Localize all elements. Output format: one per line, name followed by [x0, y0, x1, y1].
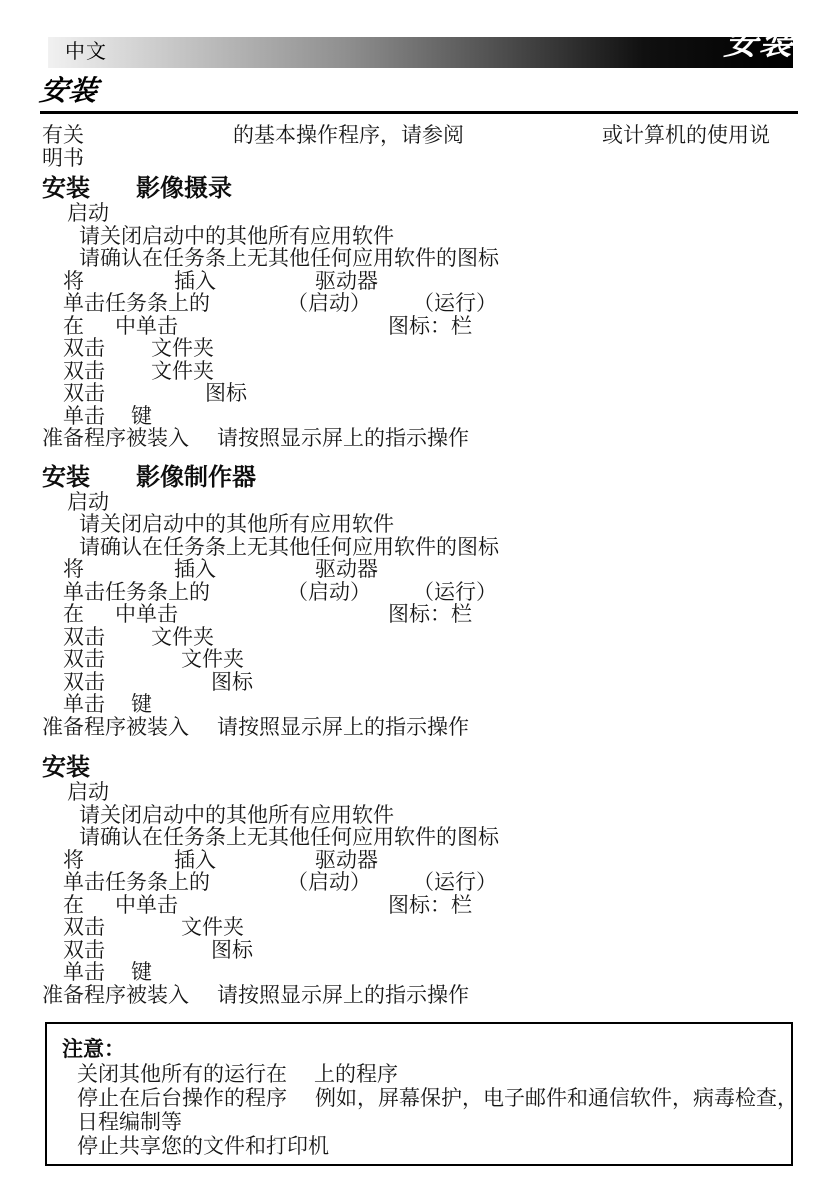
intro-line: 明书	[42, 147, 802, 170]
text-run: 准备程序被装入	[42, 715, 189, 739]
blank-gap	[371, 888, 413, 889]
notice-box: 注意： 关闭其他所有的运行在上的程序停止在后台操作的程序例如，屏幕保护，电子邮件…	[45, 1022, 793, 1166]
blank-gap	[178, 911, 388, 912]
blank-gap	[105, 643, 151, 644]
step-line: 双击图标	[42, 671, 802, 694]
step-line: 单击任务条上的（启动）（运行）	[42, 292, 802, 315]
blank-gap	[84, 332, 115, 333]
text-run: 或计算机的使用说	[602, 123, 770, 147]
install-section: 安装影像摄录启动请关闭启动中的其他所有应用软件请确认在任务条上无其他任何应用软件…	[42, 176, 802, 450]
text-run: 安装	[42, 175, 90, 202]
blank-gap	[216, 287, 315, 288]
corner-section-title: 安装	[723, 26, 798, 59]
install-section: 安装启动请关闭启动中的其他所有应用软件请确认在任务条上无其他任何应用软件的图标将…	[42, 755, 802, 1006]
step-line: 请确认在任务条上无其他任何应用软件的图标	[42, 247, 802, 270]
text-run: 日程编制等	[77, 1110, 182, 1134]
text-run: 双击	[63, 381, 105, 405]
install-sections: 安装影像摄录启动请关闭启动中的其他所有应用软件请确认在任务条上无其他任何应用软件…	[42, 176, 802, 1006]
step-line: 准备程序被装入请按照显示屏上的指示操作	[42, 427, 802, 450]
text-run: 单击	[63, 960, 105, 984]
text-run: （运行）	[413, 870, 497, 894]
install-section: 安装影像制作器启动请关闭启动中的其他所有应用软件请确认在任务条上无其他任何应用软…	[42, 465, 802, 739]
blank-gap	[105, 933, 181, 934]
blank-gap	[287, 1080, 314, 1081]
text-run: 将	[63, 269, 84, 293]
blank-gap	[371, 598, 413, 599]
text-run: 准备程序被装入	[42, 426, 189, 450]
text-run: 的基本操作程序，请参阅	[233, 123, 464, 147]
header-gradient-bar: 中文	[48, 37, 793, 68]
text-run: 图标：栏	[388, 314, 472, 338]
text-run: 在	[63, 602, 84, 626]
text-run: 键	[131, 692, 152, 716]
text-run: 文件夹	[181, 915, 244, 939]
text-run: 关闭其他所有的运行在	[77, 1062, 287, 1086]
text-run: 在	[63, 314, 84, 338]
text-run: 文件夹	[181, 647, 244, 671]
blank-gap	[84, 287, 174, 288]
text-run: 停止共享您的文件和打印机	[77, 1134, 329, 1158]
text-run: 将	[63, 557, 84, 581]
text-run: 插入	[174, 848, 216, 872]
text-run: 请关闭启动中的其他所有应用软件	[79, 224, 394, 248]
text-run: 双击	[63, 647, 105, 671]
text-run: 中单击	[115, 602, 178, 626]
text-run: 驱动器	[315, 557, 378, 581]
blank-gap	[84, 141, 233, 142]
step-line: 单击键	[42, 961, 802, 984]
text-run: （启动）	[287, 870, 371, 894]
text-run: 双击	[63, 938, 105, 962]
step-line: 将插入驱动器	[42, 270, 802, 293]
blank-gap	[287, 1104, 315, 1105]
step-line: 双击文件夹	[42, 626, 802, 649]
blank-gap	[105, 688, 211, 689]
notice-line: 停止共享您的文件和打印机	[62, 1134, 777, 1158]
blank-gap	[105, 710, 131, 711]
blank-gap	[105, 377, 151, 378]
text-run: 驱动器	[315, 848, 378, 872]
text-run: 请按照显示屏上的指示操作	[217, 983, 469, 1007]
blank-gap	[84, 575, 174, 576]
text-run: 安装	[42, 464, 90, 491]
step-line: 将插入驱动器	[42, 558, 802, 581]
text-run: 单击任务条上的	[63, 291, 210, 315]
step-line: 双击图标	[42, 939, 802, 962]
text-run: 图标	[205, 381, 247, 405]
blank-gap	[371, 309, 413, 310]
step-line: 请关闭启动中的其他所有应用软件	[42, 513, 802, 536]
step-line: 双击文件夹	[42, 360, 802, 383]
page-title: 安装	[38, 77, 100, 105]
step-line: 双击文件夹	[42, 648, 802, 671]
text-run: 插入	[174, 557, 216, 581]
blank-gap	[464, 141, 602, 142]
step-line: 启动	[42, 202, 802, 225]
blank-gap	[178, 620, 388, 621]
text-run: 图标：栏	[388, 602, 472, 626]
blank-gap	[210, 888, 287, 889]
blank-gap	[105, 399, 205, 400]
blank-gap	[178, 332, 388, 333]
title-divider	[40, 111, 798, 114]
step-line: 双击图标	[42, 382, 802, 405]
text-run: 准备程序被装入	[42, 983, 189, 1007]
step-line: 准备程序被装入请按照显示屏上的指示操作	[42, 716, 802, 739]
text-run: （启动）	[287, 580, 371, 604]
text-run: （运行）	[413, 291, 497, 315]
blank-gap	[105, 665, 181, 666]
intro-line: 有关的基本操作程序，请参阅或计算机的使用说	[42, 124, 802, 147]
notice-line: 日程编制等	[62, 1110, 777, 1134]
text-run: 例如，屏幕保护，电子邮件和通信软件，病毒检查，	[315, 1086, 798, 1110]
text-run: 上的程序	[314, 1062, 398, 1086]
text-run: 文件夹	[151, 336, 214, 360]
text-run: 请确认在任务条上无其他任何应用软件的图标	[79, 535, 499, 559]
text-run: 请关闭启动中的其他所有应用软件	[79, 803, 394, 827]
section-heading: 安装	[42, 755, 802, 781]
step-line: 单击键	[42, 693, 802, 716]
text-run: 驱动器	[315, 269, 378, 293]
step-line: 单击键	[42, 405, 802, 428]
step-line: 在中单击图标：栏	[42, 315, 802, 338]
manual-page: 中文 安装 安装 有关的基本操作程序，请参阅或计算机的使用说明书 安装影像摄录启…	[0, 0, 839, 1191]
text-run: （启动）	[287, 291, 371, 315]
text-run: 键	[131, 404, 152, 428]
step-line: 在中单击图标：栏	[42, 603, 802, 626]
blank-gap	[84, 911, 115, 912]
blank-gap	[216, 575, 315, 576]
step-line: 启动	[42, 781, 802, 804]
blank-gap	[90, 195, 136, 196]
text-run: 文件夹	[151, 359, 214, 383]
text-run: 单击任务条上的	[63, 870, 210, 894]
blank-gap	[189, 733, 217, 734]
text-run: 请关闭启动中的其他所有应用软件	[79, 512, 394, 536]
text-run: 文件夹	[151, 625, 214, 649]
language-label: 中文	[65, 37, 107, 68]
step-line: 双击文件夹	[42, 916, 802, 939]
text-run: 单击任务条上的	[63, 580, 210, 604]
text-run: 有关	[42, 123, 84, 147]
text-run: 中单击	[115, 314, 178, 338]
notice-line: 停止在后台操作的程序例如，屏幕保护，电子邮件和通信软件，病毒检查，	[62, 1086, 777, 1110]
step-line: 单击任务条上的（启动）（运行）	[42, 581, 802, 604]
step-line: 准备程序被装入请按照显示屏上的指示操作	[42, 984, 802, 1007]
step-line: 请确认在任务条上无其他任何应用软件的图标	[42, 536, 802, 559]
step-line: 请关闭启动中的其他所有应用软件	[42, 225, 802, 248]
text-run: 插入	[174, 269, 216, 293]
blank-gap	[84, 866, 174, 867]
text-run: 双击	[63, 336, 105, 360]
blank-gap	[189, 1001, 217, 1002]
text-run: 请确认在任务条上无其他任何应用软件的图标	[79, 246, 499, 270]
text-run: 图标：栏	[388, 893, 472, 917]
notice-line: 关闭其他所有的运行在上的程序	[62, 1062, 777, 1086]
text-run: 双击	[63, 359, 105, 383]
text-run: 图标	[211, 938, 253, 962]
intro-paragraph: 有关的基本操作程序，请参阅或计算机的使用说明书	[42, 124, 802, 169]
text-run: 在	[63, 893, 84, 917]
step-line: 将插入驱动器	[42, 849, 802, 872]
step-line: 单击任务条上的（启动）（运行）	[42, 871, 802, 894]
text-run: 将	[63, 848, 84, 872]
text-run: 中单击	[115, 893, 178, 917]
text-run: 请确认在任务条上无其他任何应用软件的图标	[79, 825, 499, 849]
step-line: 双击文件夹	[42, 337, 802, 360]
text-run: 安装	[42, 754, 90, 781]
text-run: 图标	[211, 670, 253, 694]
text-run: 影像摄录	[136, 175, 232, 202]
text-run: 双击	[63, 670, 105, 694]
text-run: 影像制作器	[136, 464, 256, 491]
step-line: 请确认在任务条上无其他任何应用软件的图标	[42, 826, 802, 849]
blank-gap	[216, 866, 315, 867]
step-line: 请关闭启动中的其他所有应用软件	[42, 804, 802, 827]
blank-gap	[105, 354, 151, 355]
text-run: 停止在后台操作的程序	[77, 1086, 287, 1110]
section-heading: 安装影像摄录	[42, 176, 802, 202]
notice-title: 注意：	[62, 1038, 777, 1062]
text-run: 键	[131, 960, 152, 984]
blank-gap	[189, 444, 217, 445]
text-run: （运行）	[413, 580, 497, 604]
section-heading: 安装影像制作器	[42, 465, 802, 491]
blank-gap	[105, 978, 131, 979]
step-line: 在中单击图标：栏	[42, 894, 802, 917]
text-run: 双击	[63, 625, 105, 649]
page-content: 有关的基本操作程序，请参阅或计算机的使用说明书 安装影像摄录启动请关闭启动中的其…	[42, 124, 802, 1166]
blank-gap	[210, 598, 287, 599]
text-run: 请按照显示屏上的指示操作	[217, 426, 469, 450]
text-run: 启动	[67, 780, 109, 804]
text-run: 双击	[63, 915, 105, 939]
text-run: 启动	[67, 490, 109, 514]
blank-gap	[105, 956, 211, 957]
step-line: 启动	[42, 491, 802, 514]
blank-gap	[105, 422, 131, 423]
blank-gap	[84, 620, 115, 621]
text-run: 单击	[63, 404, 105, 428]
blank-gap	[210, 309, 287, 310]
text-run: 请按照显示屏上的指示操作	[217, 715, 469, 739]
notice-lines: 关闭其他所有的运行在上的程序停止在后台操作的程序例如，屏幕保护，电子邮件和通信软…	[62, 1062, 777, 1158]
text-run: 明书	[42, 146, 84, 170]
text-run: 单击	[63, 692, 105, 716]
text-run: 启动	[67, 201, 109, 225]
blank-gap	[90, 484, 136, 485]
